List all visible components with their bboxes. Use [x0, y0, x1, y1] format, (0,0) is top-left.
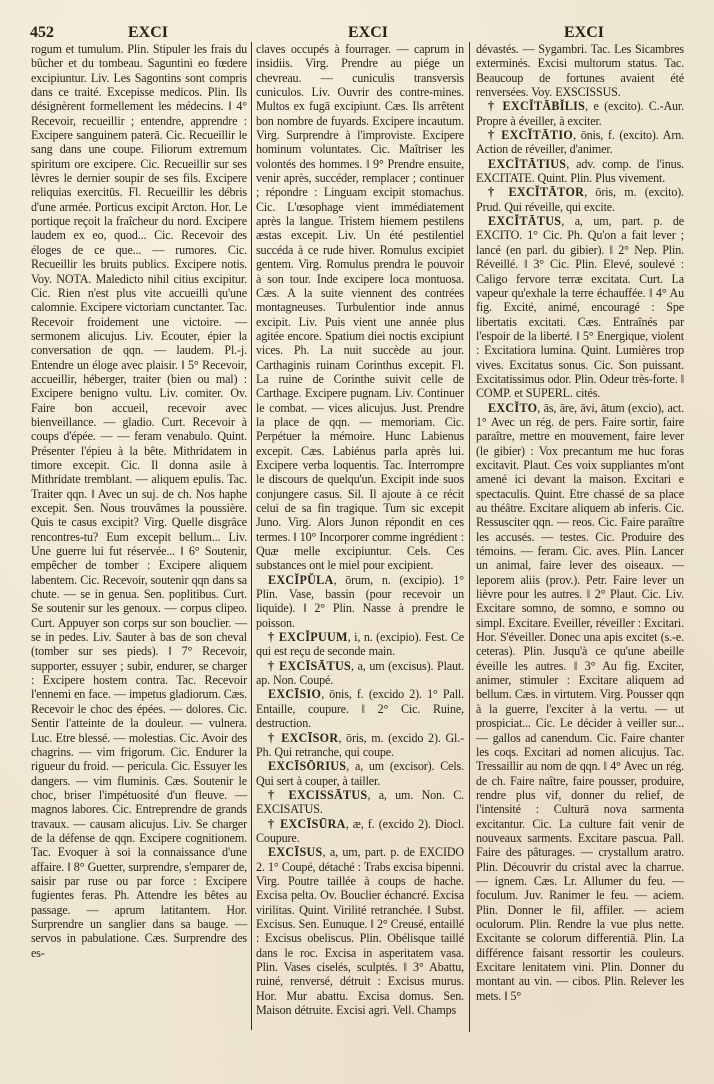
entry-continuation: rogum et tumulum. Plin. Stipuler les fra…: [31, 42, 247, 960]
page-number: 452: [30, 24, 54, 42]
definition: , a, um, part. p. de EXCIDO 2. 1° Coupé,…: [256, 845, 464, 1017]
headword: † EXCĪSŪRA: [268, 817, 346, 831]
dictionary-entry: † EXCĪSŪRA, æ, f. (excido 2). Diocl. Cou…: [256, 817, 464, 846]
dictionary-entry: EXCĬTĀTIUS, adv. comp. de l'inus. EXCITA…: [476, 157, 684, 186]
headword: † EXCĪSOR: [268, 731, 338, 745]
dictionary-entry: EXCĪSIO, ōnis, f. (excido 2). 1° Pall. E…: [256, 687, 464, 730]
column-3: dévastés. — Sygambri. Tac. Les Sicambres…: [476, 42, 684, 1003]
dictionary-entry: EXCĬTO, ās, āre, āvi, ātum (excio), act.…: [476, 401, 684, 1003]
definition: , ās, āre, āvi, ātum (excio), act. 1° Av…: [476, 401, 684, 1003]
headword: † EXCĬTĀBĬLIS: [488, 99, 585, 113]
headword: EXCĬPŬLA: [268, 573, 334, 587]
dictionary-entry: † EXCĬTĀTOR, ōris, m. (excito). Prud. Qu…: [476, 185, 684, 214]
headword: EXCĪSŌRIUS: [268, 759, 346, 773]
headword: EXCĬTO: [488, 401, 537, 415]
guide-word-center: EXCI: [348, 24, 388, 42]
dictionary-entry: † EXCĬTĀTIO, ōnis, f. (excito). Arn. Act…: [476, 128, 684, 157]
dictionary-entry: EXCĬTĀTUS, a, um, part. p. de EXCITO. 1°…: [476, 214, 684, 400]
dictionary-entry: † EXCĬPUUM, i, n. (excipio). Fest. Ce qu…: [256, 630, 464, 659]
dictionary-entry: † EXCĬTĀBĬLIS, e (excito). C.-Aur. Propr…: [476, 99, 684, 128]
dictionary-entry: † EXCĪSOR, ōris, m. (excido 2). Gl.-Ph. …: [256, 731, 464, 760]
headword: † EXCĬTĀTOR: [488, 185, 584, 199]
entry-continuation: dévastés. — Sygambri. Tac. Les Sicambres…: [476, 42, 684, 99]
column-rule: [469, 42, 470, 1032]
column-rule: [251, 42, 252, 1030]
headword: EXCĬTĀTUS: [488, 214, 561, 228]
guide-word-right: EXCI: [564, 24, 604, 42]
column-2: claves occupés à fourrager. — caprum in …: [256, 42, 464, 1017]
dictionary-entry: EXCĪSŌRIUS, a, um (excisor). Cels. Qui s…: [256, 759, 464, 788]
dictionary-page: 452 EXCI EXCI EXCI rogum et tumulum. Pli…: [0, 0, 714, 1084]
headword: † EXCĬTĀTIO: [488, 128, 573, 142]
column-1: rogum et tumulum. Plin. Stipuler les fra…: [31, 42, 247, 960]
headword: † EXCĪSĀTUS: [268, 659, 351, 673]
headword: † EXCĬPUUM: [268, 630, 348, 644]
guide-word-left: EXCI: [128, 24, 168, 42]
entry-continuation: claves occupés à fourrager. — caprum in …: [256, 42, 464, 573]
dictionary-entry: EXCĬPŬLA, ōrum, n. (excipio). 1° Plin. V…: [256, 573, 464, 630]
headword: EXCĪSIO: [268, 687, 321, 701]
headword: EXCĪSUS: [268, 845, 323, 859]
running-header: 452 EXCI EXCI EXCI: [30, 24, 684, 44]
headword: † EXCISSĀTUS: [268, 788, 367, 802]
dictionary-entry: EXCĪSUS, a, um, part. p. de EXCIDO 2. 1°…: [256, 845, 464, 1017]
headword: EXCĬTĀTIUS: [488, 157, 566, 171]
dictionary-entry: † EXCĪSĀTUS, a, um (excisus). Plaut. ap.…: [256, 659, 464, 688]
dictionary-entry: † EXCISSĀTUS, a, um. Non. C. EXCISATUS.: [256, 788, 464, 817]
definition: , a, um, part. p. de EXCITO. 1° Cic. Ph.…: [476, 214, 684, 400]
